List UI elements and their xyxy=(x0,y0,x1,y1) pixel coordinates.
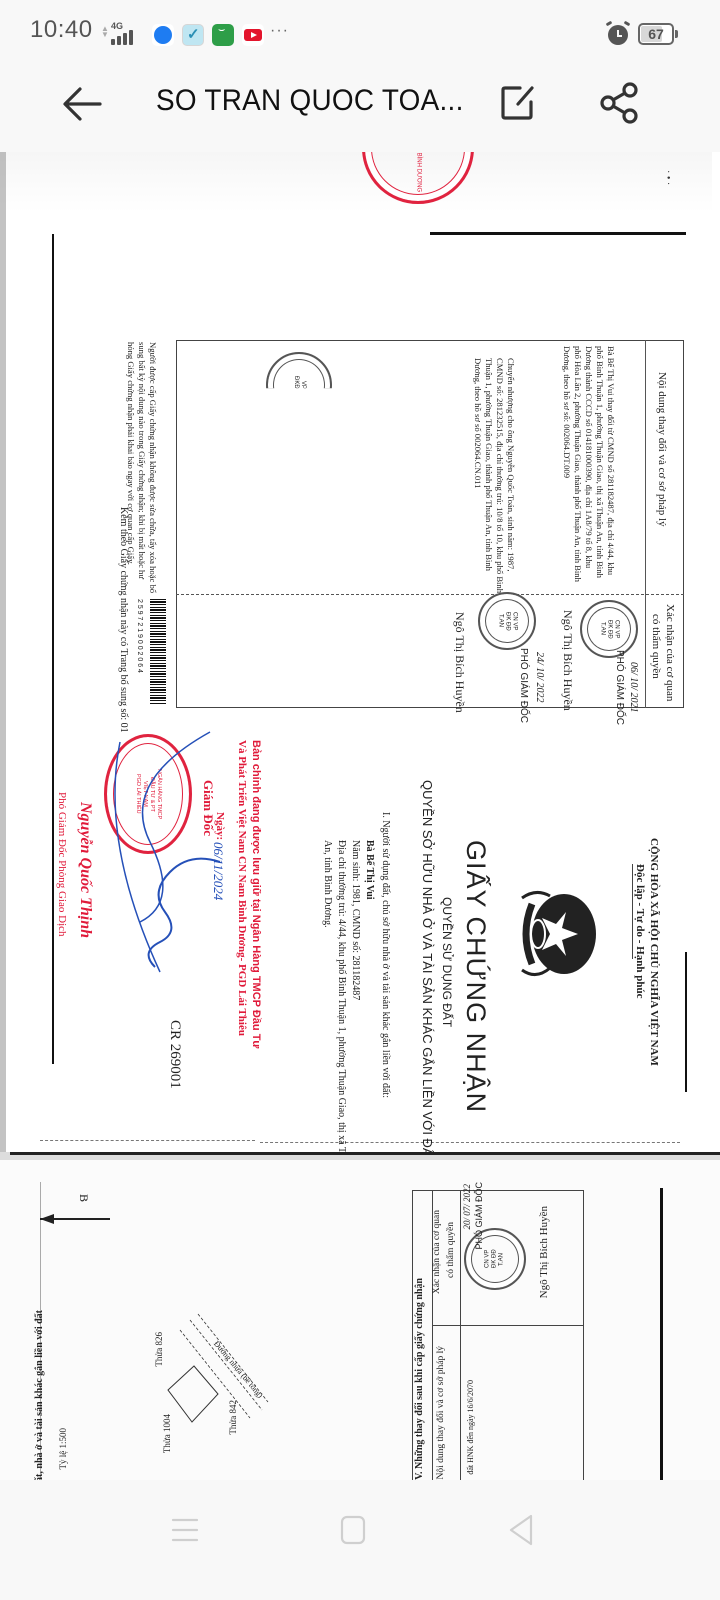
text-line: sung bất kỳ nội dung nào trong Giấy chứn… xyxy=(137,342,147,579)
border-line-top xyxy=(430,232,686,235)
sign-2-date: 24/ 10/ 2022 xyxy=(534,652,545,703)
page2-col-confirm-2: có thẩm quyền xyxy=(446,1222,456,1278)
sign-2-title: PHÓ GIÁM ĐỐC xyxy=(518,648,529,723)
back-button[interactable] xyxy=(60,82,104,126)
changes-col-confirm-header-2: có thẩm quyền xyxy=(650,614,662,679)
bank-signer-title: Phó Giám Đốc Phòng Giao Dịch xyxy=(56,792,68,937)
text-line: phố Hòa Lân 2, phường Thuận Giao, thành … xyxy=(573,346,583,582)
document-viewer[interactable]: LÁI THIÊU · AN-T.BÌNH DƯƠNG · • · Nội du… xyxy=(0,152,720,1480)
owner-address-2: An, tỉnh Bình Dương. xyxy=(322,840,333,928)
cert-subtitle-house: QUYỀN SỞ HỮU NHÀ Ở VÀ TÀI SẢN KHÁC GẮN L… xyxy=(420,780,435,1152)
text-line: Người được cấp Giấy chứng nhận không đượ… xyxy=(148,342,158,593)
more-notifications-icon: ··· xyxy=(270,22,289,40)
text-line: Dương, theo hồ sơ số 002064.CN.011 xyxy=(473,358,483,488)
back-triangle-icon xyxy=(496,1508,546,1552)
page-edge-shadow xyxy=(0,152,6,1152)
text-line: CMND số: 281232515, địa chỉ thường trú: … xyxy=(495,358,505,593)
edit-icon xyxy=(498,82,540,124)
cert-title: GIẤY CHỨNG NHẬN xyxy=(460,840,491,1113)
changes-col-confirm-header-1: Xác nhận của cơ quan xyxy=(664,604,676,701)
text-line: Dương thành CCCD số 014181000390, địa ch… xyxy=(584,346,594,568)
recent-apps-button[interactable] xyxy=(160,1508,210,1552)
system-nav-bar xyxy=(0,1480,720,1600)
document-page-1: LÁI THIÊU · AN-T.BÌNH DƯƠNG · • · Nội du… xyxy=(0,152,712,1152)
scan-specks: · • · xyxy=(662,170,673,185)
page2-sign-name: Ngô Thị Bích Huyền xyxy=(538,1206,550,1298)
changes-col-content-header: Nội dung thay đổi và cơ sở pháp lý xyxy=(656,372,668,527)
home-icon xyxy=(328,1508,378,1552)
sign-1-date: 06/ 10/ 2021 xyxy=(628,662,639,713)
document-page-2: B Đường nhựa (bê tông) Thửa 826 Thửa 100… xyxy=(0,1160,720,1480)
barcode-number: 2 5 9 7 2 1 9 0 0 2 0 6 4 xyxy=(136,599,143,673)
sign-1-title: PHÓ GIÁM ĐỐC xyxy=(614,650,625,725)
bank-signer-name: Nguyễn Quốc Thịnh xyxy=(76,802,94,938)
page2-sign-date: 20/ 07/ 2022 xyxy=(462,1184,472,1230)
national-title: CỘNG HÒA XÃ HỘI CHỦ NGHĨA VIỆT NAM xyxy=(648,838,660,1066)
barcode xyxy=(150,599,166,704)
bank-signature xyxy=(80,722,230,982)
edit-button[interactable] xyxy=(498,82,540,124)
national-emblem xyxy=(512,882,608,982)
changes-table-header-line xyxy=(645,340,646,708)
page2-table-col-line-2 xyxy=(460,1190,461,1480)
page2-table-row-line xyxy=(432,1325,584,1326)
page2-col-confirm-1: Xác nhận của cơ quan xyxy=(432,1210,442,1294)
alarm-icon xyxy=(608,25,628,45)
north-arrow-head xyxy=(40,1214,54,1224)
checklist-app-icon xyxy=(182,24,204,46)
menu-icon xyxy=(160,1508,210,1552)
document-title: SO TRAN QUOC TOA... xyxy=(156,84,464,118)
text-line: phố Bình Thuận 1, phường Thuận Giao, thị… xyxy=(595,346,605,578)
border-line-right xyxy=(685,952,687,1092)
text-line: Dương, theo hồ sơ số: 002064.DT.009 xyxy=(562,346,572,478)
bank-note-2: Và Phát Triển Việt Nam CN Nam Bình Dương… xyxy=(236,740,248,1036)
border-line-bottom-2 xyxy=(260,1142,680,1143)
status-bar: 10:40 ▲▼ 4G ··· 67 xyxy=(0,0,720,56)
sign-2-name: Ngô Thị Bích Huyền xyxy=(452,612,467,713)
page-separator xyxy=(0,1152,720,1160)
plot-label-826: Thửa 826 xyxy=(154,1332,164,1367)
page2-section-title: V. Những thay đổi sau khi cấp giấy chứng… xyxy=(414,1278,425,1480)
diagram-title: ất, nhà ở và tài sản khác gắn liền với đ… xyxy=(34,1310,45,1480)
arrow-left-icon xyxy=(60,82,104,126)
youtube-icon xyxy=(242,24,264,46)
land-plot-diagram xyxy=(150,1310,270,1430)
page2-border-right xyxy=(660,1188,663,1480)
owner-address-1: Địa chỉ thường trú: 4/44, khu phố Bình T… xyxy=(336,840,347,1152)
land-office-stamp-2: CN VPĐK ĐĐT.AN xyxy=(478,592,536,650)
attached-note: Kèm theo Giấy chứng nhận này có Trang bổ… xyxy=(118,507,129,733)
shopping-app-icon xyxy=(212,24,234,46)
owner-birth-id: Năm sinh: 1981, CMND số: 281182487 xyxy=(350,840,361,1000)
page2-col-content: Nội dung thay đổi và cơ sở pháp lý xyxy=(436,1346,446,1480)
bank-stamp-top: LÁI THIÊU · AN-T.BÌNH DƯƠNG xyxy=(362,152,474,204)
national-motto: Độc lập - Tự do - Hạnh phúc xyxy=(634,864,646,998)
page2-sign-title: PHÓ GIÁM ĐỐC xyxy=(474,1182,484,1250)
sign-1-name: Ngô Thị Bích Huyền xyxy=(560,610,575,711)
text-line: Chuyển nhượng cho ông Nguyễn Quốc Toản, … xyxy=(506,358,516,571)
home-button[interactable] xyxy=(328,1508,378,1552)
border-line-bottom xyxy=(40,1140,255,1141)
data-activity-icon: ▲▼ xyxy=(101,26,109,38)
page2-entry-fragment: đất HNK đến ngày 16/6/2070 xyxy=(466,1380,475,1475)
serial-number: CR 269001 xyxy=(166,1020,183,1089)
text-line: Bà Bế Thị Vui thay đổi từ CMND số 281182… xyxy=(606,346,616,575)
battery-icon: 67 xyxy=(638,23,674,45)
land-office-stamp-1: CN VPĐK ĐĐT.AN xyxy=(580,600,638,658)
clock: 10:40 xyxy=(30,16,93,44)
share-icon xyxy=(598,80,642,126)
battery-tip xyxy=(675,30,678,38)
system-back-button[interactable] xyxy=(496,1508,546,1552)
signal-icon xyxy=(111,30,133,45)
border-line-left xyxy=(52,234,54,1064)
text-line: Thuận 1, phường Thuận Giao, thành phố Th… xyxy=(484,358,494,571)
bank-note-1: Bản chính đang được lưu giữ tại Ngân Hàn… xyxy=(250,740,262,1048)
cert-subtitle-land: QUYỀN SỬ DỤNG ĐẤT xyxy=(440,897,454,1027)
app-header: SO TRAN QUOC TOA... xyxy=(0,56,720,152)
motto-underline xyxy=(632,864,633,959)
north-label: B xyxy=(76,1194,91,1202)
diagram-scale: Tỷ lệ 1:500 xyxy=(58,1428,68,1470)
owner-name: Bà Bế Thị Vui xyxy=(364,840,375,900)
changes-table-divider xyxy=(176,594,684,595)
battery-percent: 67 xyxy=(640,26,672,42)
share-button[interactable] xyxy=(598,80,642,126)
owner-section-heading: I. Người sử dụng đất, chủ sở hữu nhà ở v… xyxy=(380,812,391,1098)
messenger-icon xyxy=(152,24,174,46)
plot-label-1004: Thửa 1004 xyxy=(162,1414,172,1453)
plot-label-842: Thửa 842 xyxy=(228,1400,238,1435)
